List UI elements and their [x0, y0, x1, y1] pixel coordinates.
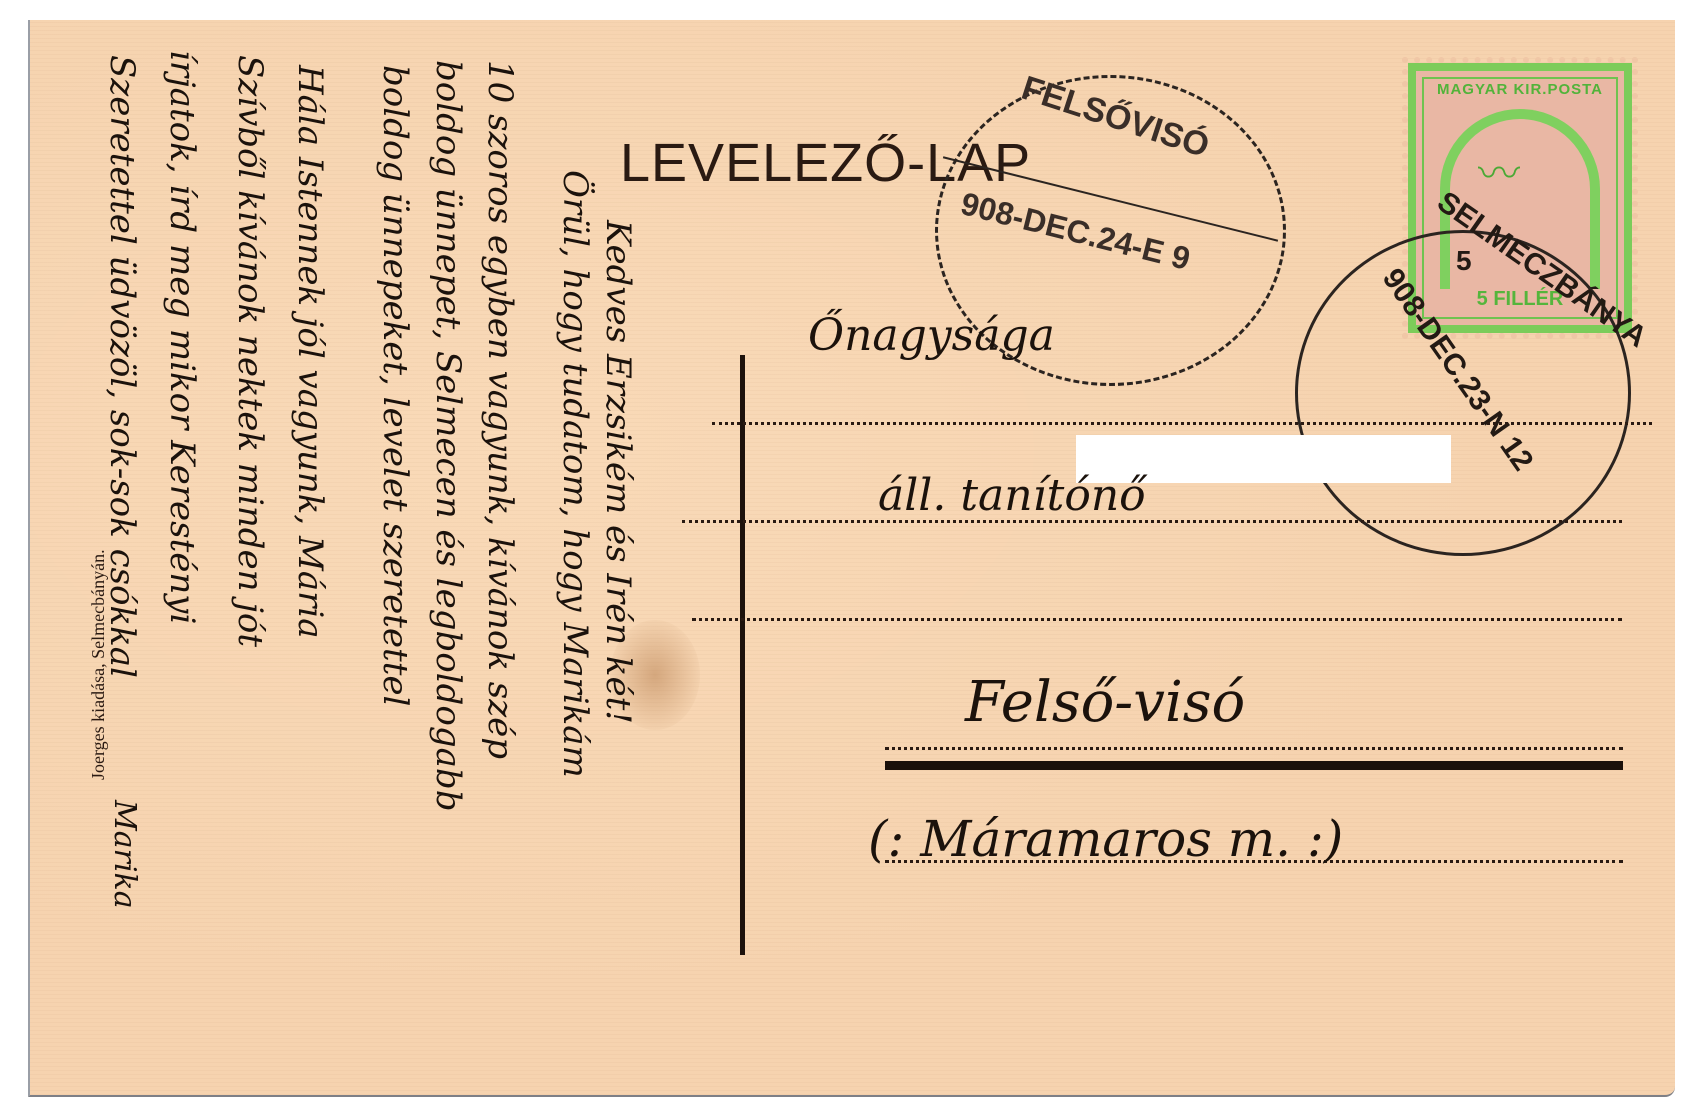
message-line: írjatok, írd meg mikor Kerestényi — [162, 50, 202, 624]
center-divider — [740, 355, 745, 955]
address-town: Felső-visó — [965, 670, 1245, 735]
address-recipient-title: Őnagysága — [808, 310, 1055, 361]
postcard: LEVELEZŐ-LAP Joerges kiadása, Selmecbány… — [28, 20, 1675, 1097]
postmark-date: 908-DEC.24-E 9 — [957, 185, 1194, 278]
message-line: Szívből kívánok nektek minden jót — [230, 55, 270, 647]
address-line-4 — [885, 747, 1623, 750]
postmark-number: 5 — [1456, 245, 1472, 277]
stamp-country: MAGYAR KIR.POSTA — [1416, 81, 1624, 98]
message-line: Hála Istennek jól vagyunk, Mária — [290, 65, 330, 639]
address-occupation: áll. tanítónő — [878, 470, 1146, 521]
message-line: boldog ünnepeket, levelet szeretettel — [375, 65, 415, 706]
message-line: boldog ünnepet, Selmecen és legboldogabb — [428, 60, 468, 811]
postmark-town: FELSŐVISÓ — [1017, 69, 1214, 166]
address-county: (: Máramaros m. :) — [868, 810, 1343, 868]
message-line: 10 szoros egyben vagyunk, kívánok szép — [480, 60, 520, 759]
message-line: Örül, hogy tudatom, hogy Marikám — [555, 170, 595, 778]
address-line-2 — [682, 520, 1622, 523]
message-line: Kedves Erzsikém és Irén két! — [598, 220, 638, 724]
address-line-1 — [712, 422, 1652, 425]
turul-icon: 〰 — [1478, 141, 1520, 201]
address-line-3 — [692, 618, 1622, 621]
postmark-selmeczbanya: SELMECZBÁNYA 908-DEC.23-N 12 5 — [1295, 230, 1631, 556]
message-line: Szeretettel üdvözöl, sok-sok csókkal — [102, 55, 142, 678]
signature: Marika — [107, 800, 142, 909]
address-thick-rule — [885, 761, 1623, 770]
